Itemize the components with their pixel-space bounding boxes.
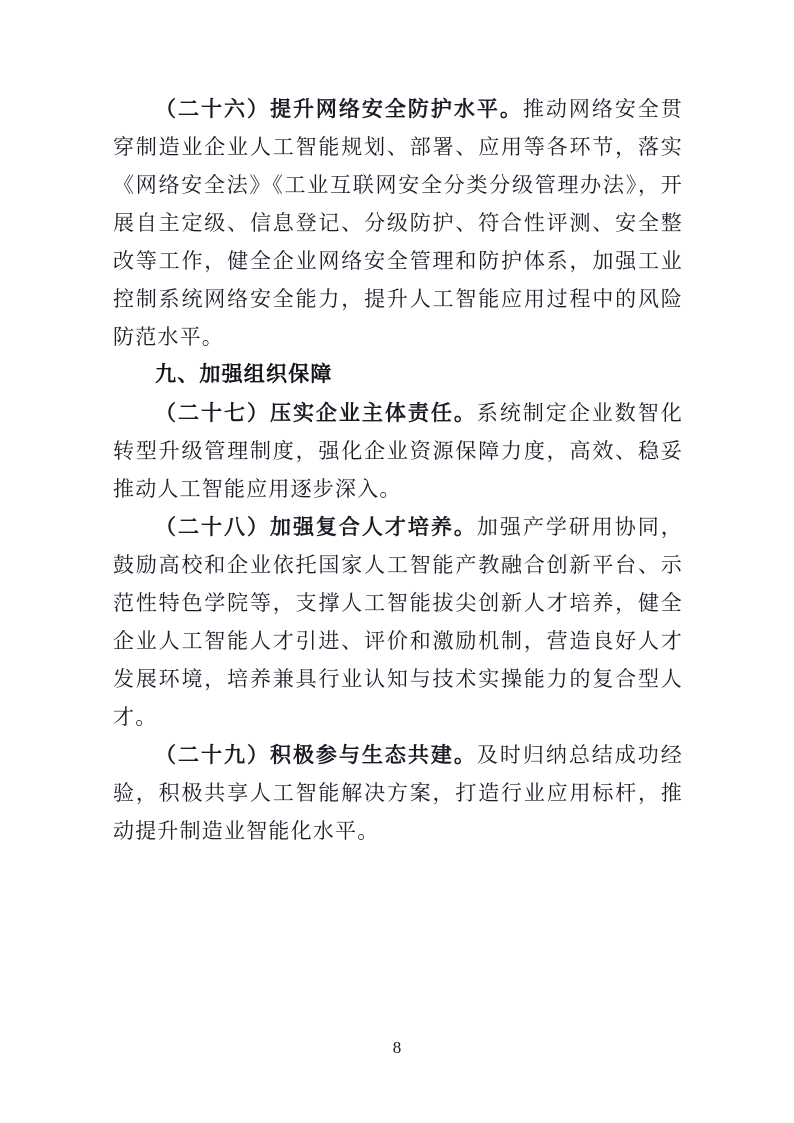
document-page: （二十六）提升网络安全防护水平。推动网络安全贯穿制造业企业人工智能规划、部署、应…: [0, 0, 794, 1123]
paragraph-26-lead: （二十六）提升网络安全防护水平。: [155, 97, 523, 121]
paragraph-26: （二十六）提升网络安全防护水平。推动网络安全贯穿制造业企业人工智能规划、部署、应…: [113, 90, 683, 356]
paragraph-26-text: 推动网络安全贯穿制造业企业人工智能规划、部署、应用等各环节，落实《网络安全法》《…: [113, 97, 683, 349]
paragraph-29-lead: （二十九）积极参与生态共建。: [155, 743, 477, 767]
paragraph-29: （二十九）积极参与生态共建。及时归纳总结成功经验，积极共享人工智能解决方案，打造…: [113, 736, 683, 850]
paragraph-28-lead: （二十八）加强复合人才培养。: [155, 515, 477, 539]
paragraph-27-lead: （二十七）压实企业主体责任。: [155, 401, 477, 425]
section-heading-9: 九、加强组织保障: [113, 356, 683, 394]
page-number: 8: [0, 1038, 794, 1058]
document-body: （二十六）提升网络安全防护水平。推动网络安全贯穿制造业企业人工智能规划、部署、应…: [113, 90, 683, 850]
paragraph-27: （二十七）压实企业主体责任。系统制定企业数智化转型升级管理制度，强化企业资源保障…: [113, 394, 683, 508]
paragraph-28: （二十八）加强复合人才培养。加强产学研用协同，鼓励高校和企业依托国家人工智能产教…: [113, 508, 683, 736]
paragraph-28-text: 加强产学研用协同，鼓励高校和企业依托国家人工智能产教融合创新平台、示范性特色学院…: [113, 515, 683, 729]
